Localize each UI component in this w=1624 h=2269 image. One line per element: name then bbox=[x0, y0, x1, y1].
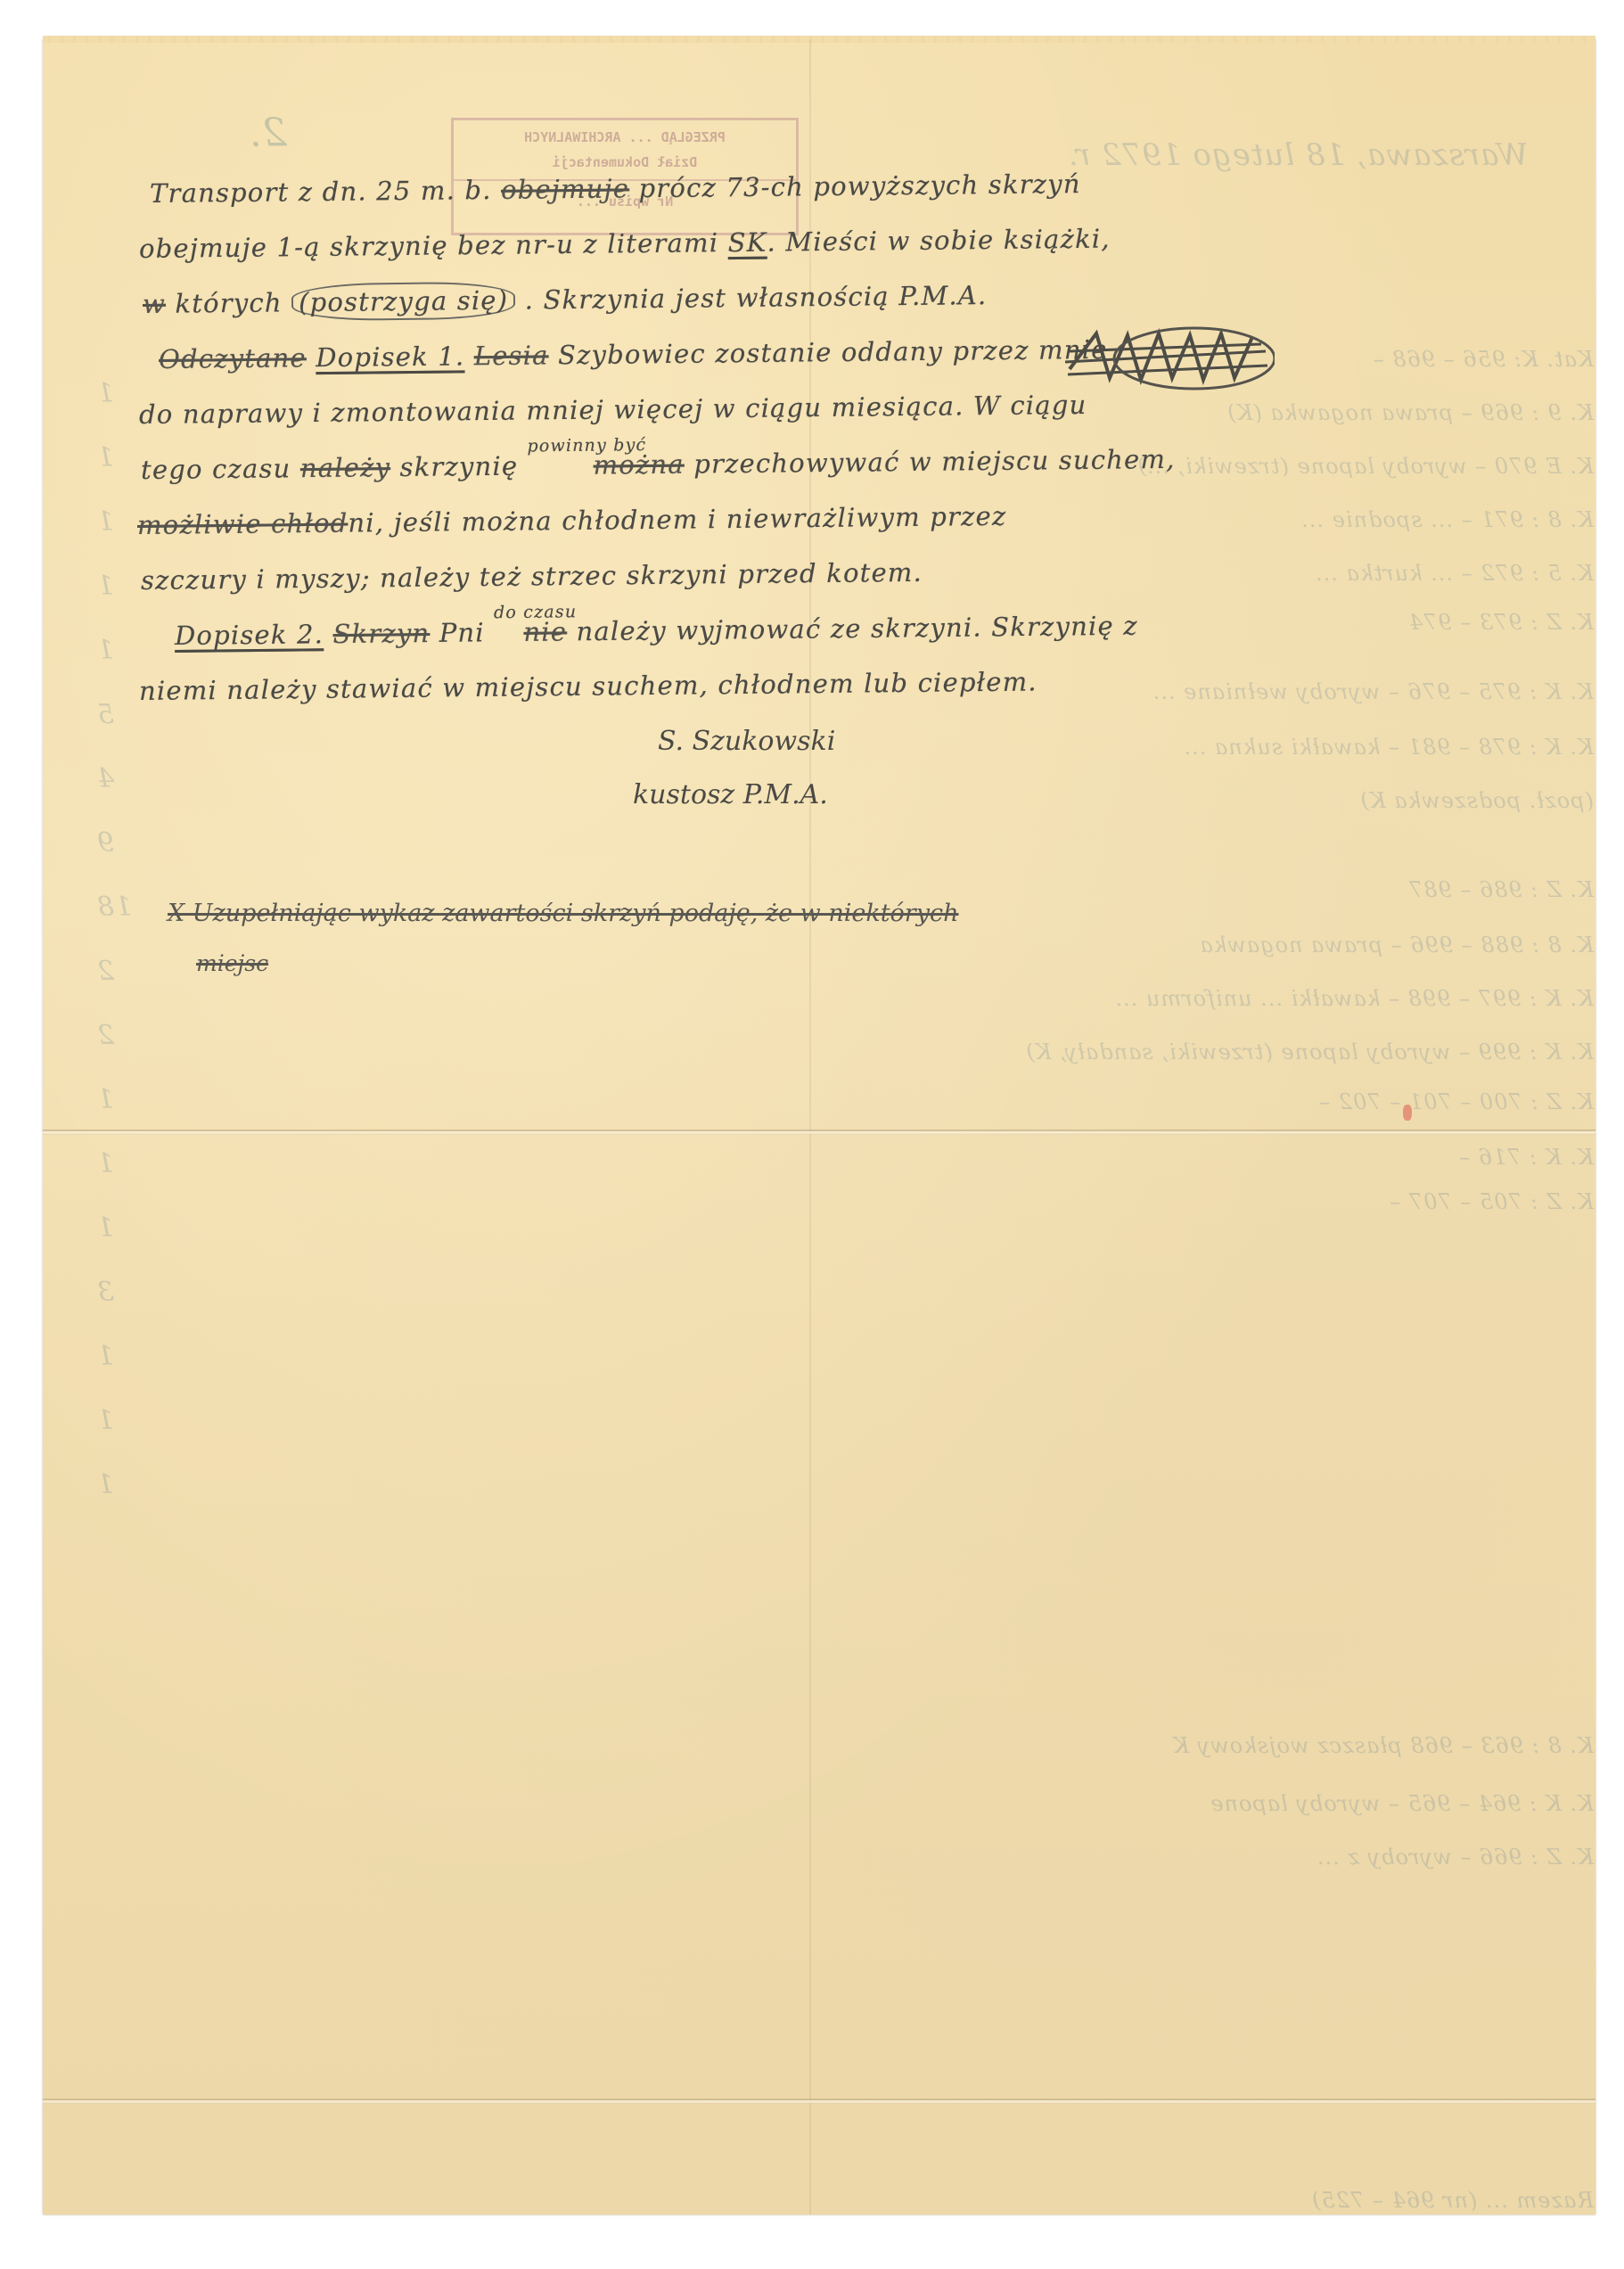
bleedthrough-margin-number: 1 bbox=[96, 1405, 114, 1436]
red-ink-mark bbox=[1403, 1105, 1412, 1121]
bleedthrough-margin-number: 1 bbox=[96, 506, 114, 538]
struck-word: możliwie chłod bbox=[137, 508, 349, 540]
text-run: których bbox=[166, 287, 291, 318]
bleedthrough-line: K. K : 975 – 976 – wyroby wełniane ... bbox=[1152, 679, 1594, 704]
underlined-word: Dopisek 2. bbox=[175, 619, 324, 651]
handwritten-line: do naprawy i zmontowania mniej więcej w … bbox=[139, 390, 1087, 430]
bleedthrough-margin-number: 1 bbox=[96, 1341, 114, 1372]
bleedthrough-margin-number: 2 bbox=[96, 956, 114, 987]
bleedthrough-margin-number: 2 bbox=[96, 1020, 114, 1051]
text-run: Szybowiec zostanie oddany przez mnie bbox=[548, 334, 1107, 371]
bleedthrough-margin-number: 4 bbox=[96, 763, 114, 794]
bleedthrough-margin-number: 1 bbox=[96, 442, 114, 473]
bleedthrough-line: K. K : 999 – wyroby lapone (trzewiki, sa… bbox=[1025, 1040, 1594, 1065]
bleedthrough-line: K. K : 997 – 998 – kawałki ... uniformu … bbox=[1114, 986, 1594, 1011]
bleedthrough-line: K. K : 964 – 965 – wyroby lapone bbox=[1210, 1791, 1594, 1816]
bleedthrough-margin-number: 9 bbox=[96, 827, 114, 859]
horizontal-fold-lower bbox=[43, 2099, 1595, 2104]
bleedthrough-line: K. Z : 973 – 974 bbox=[1408, 610, 1594, 635]
bleedthrough-line: K. E 970 – wyroby lapone (trzewiki, ...) bbox=[1137, 454, 1594, 479]
struck-word: w bbox=[143, 289, 166, 319]
bleedthrough-margin-number: 1 bbox=[96, 1469, 114, 1500]
torn-top-edge bbox=[43, 36, 1595, 43]
handwritten-line: możliwie chłodni, jeśli można chłodnem i… bbox=[137, 501, 1007, 540]
handwritten-line: w których (postrzyga się) . Skrzynia jes… bbox=[143, 280, 988, 319]
signature-title: kustosz P.M.A. bbox=[633, 779, 828, 810]
bleedthrough-margin-number: 18 bbox=[96, 892, 132, 923]
text-run: skrzynię bbox=[390, 450, 528, 482]
bleedthrough-line: K. 8 : 963 – 968 płaszcz wojskowy K bbox=[1172, 1733, 1594, 1758]
bleedthrough-line: K. 8 : 988 – 996 – prawa nogawka bbox=[1199, 933, 1594, 958]
circled-word: (postrzyga się) bbox=[291, 282, 516, 322]
text-run: należy wyjmować ze skrzyni. Skrzynię z bbox=[567, 611, 1138, 647]
page-number-mark: 2. bbox=[250, 111, 287, 156]
text-run: Pni bbox=[430, 617, 494, 648]
struck-note-line-1: X Uzupełniając wykaz zawartości skrzyń p… bbox=[168, 900, 958, 927]
text-run: . Skrzynia jest własnością P.M.A. bbox=[515, 280, 987, 316]
text-run: do naprawy i zmontowania mniej więcej w … bbox=[139, 390, 1087, 430]
struck-word: obejmuje bbox=[501, 173, 629, 205]
text-run: prócz 73-ch powyższych skrzyń bbox=[629, 169, 1081, 203]
handwritten-line: niemi należy stawiać w miejscu suchem, c… bbox=[139, 666, 1038, 706]
text-run: Transport z dn. 25 m. b. bbox=[150, 175, 501, 209]
handwritten-line: obejmuje 1-ą skrzynię bez nr-u z literam… bbox=[139, 224, 1111, 264]
text-run bbox=[464, 341, 474, 371]
bleedthrough-line: Razem ... (nr 964 – 725) bbox=[1311, 2188, 1594, 2213]
stamp-line: PRZEGLĄD ... ARCHIWALNYCH bbox=[454, 120, 796, 145]
bleedthrough-line: K. K : 978 – 981 – kawałki sukna ... bbox=[1183, 735, 1594, 760]
bleedthrough-margin-number: 1 bbox=[96, 571, 114, 602]
bleedthrough-margin-number: 1 bbox=[96, 1148, 114, 1180]
handwritten-line: szczury i myszy; należy też strzec skrzy… bbox=[141, 557, 923, 596]
document-page: 2. PRZEGLĄD ... ARCHIWALNYCH Dział Dokum… bbox=[43, 39, 1595, 2215]
bleedthrough-margin-number: 1 bbox=[96, 635, 114, 666]
bleedthrough-line: Kat. K: 956 – 968 – bbox=[1373, 347, 1594, 372]
bleedthrough-line: (pozł. podszewka K) bbox=[1359, 788, 1594, 813]
bleedthrough-line: K. Z : 986 – 987 bbox=[1408, 877, 1594, 902]
bleedthrough-line: K. Z : 705 – 707 – bbox=[1389, 1189, 1594, 1214]
bleedthrough-date: Warszawa, 18 lutego 1972 r. bbox=[1068, 137, 1528, 173]
handwritten-line: Dopisek 2. Skrzyn Pni do czasunie należy… bbox=[175, 611, 1138, 651]
text-run: tego czasu bbox=[141, 453, 300, 485]
text-run: szczury i myszy; należy też strzec skrzy… bbox=[141, 557, 923, 596]
underlined-word: SK bbox=[727, 227, 767, 258]
bleedthrough-line: K. 9 : 969 – prawa nogawka (K) bbox=[1226, 400, 1594, 425]
text-run: ni, jeśli można chłodnem i niewrażliwym … bbox=[348, 501, 1006, 538]
bleedthrough-margin-number: 3 bbox=[96, 1277, 114, 1308]
struck-word: Lesia bbox=[474, 340, 549, 371]
text-run: . Mieści w sobie książki, bbox=[767, 224, 1110, 258]
bleedthrough-margin-number: 1 bbox=[96, 1084, 114, 1115]
bleedthrough-line: K. 5 : 972 – ... kurtka ... bbox=[1315, 561, 1594, 586]
horizontal-fold-upper bbox=[43, 1130, 1595, 1135]
struck-note-line-2: miejsc bbox=[196, 950, 268, 976]
interlinear-insertion: do czasu bbox=[494, 602, 577, 622]
bleedthrough-line: K. K : 716 – bbox=[1458, 1145, 1594, 1170]
struck-word: Odczytane bbox=[159, 342, 307, 374]
bleedthrough-margin-number: 5 bbox=[96, 699, 114, 730]
struck-word: Skrzyn bbox=[332, 618, 430, 649]
handwritten-line: Odczytane Dopisek 1. Lesia Szybowiec zos… bbox=[159, 334, 1108, 374]
bleedthrough-line: K. 8 : 971 – ... spodnie ... bbox=[1300, 507, 1594, 532]
signature-name: S. Szukowski bbox=[658, 726, 835, 757]
struck-word: należy bbox=[300, 452, 391, 483]
handwritten-line: Transport z dn. 25 m. b. obejmuje prócz … bbox=[150, 169, 1081, 209]
text-run: przechowywać w miejscu suchem, bbox=[685, 444, 1176, 480]
bleedthrough-line: K. Z : 966 – wyroby z ... bbox=[1316, 1845, 1594, 1870]
underlined-word: Dopisek 1. bbox=[316, 341, 464, 373]
text-run bbox=[307, 342, 316, 373]
stamp-line: Dział Dokumentacji bbox=[454, 145, 796, 170]
bleedthrough-margin-number: 1 bbox=[96, 378, 114, 409]
text-run: obejmuje 1-ą skrzynię bez nr-u z literam… bbox=[139, 227, 728, 264]
text-run: niemi należy stawiać w miejscu suchem, c… bbox=[139, 666, 1038, 706]
handwritten-line: tego czasu należy skrzynię powinny byćmo… bbox=[141, 444, 1176, 485]
interlinear-insertion: powinny być bbox=[527, 435, 646, 456]
bleedthrough-line: K. Z : 700 – 701 – 702 – bbox=[1318, 1089, 1594, 1114]
bleedthrough-margin-number: 1 bbox=[96, 1213, 114, 1244]
scribble-crossout bbox=[1061, 325, 1275, 394]
